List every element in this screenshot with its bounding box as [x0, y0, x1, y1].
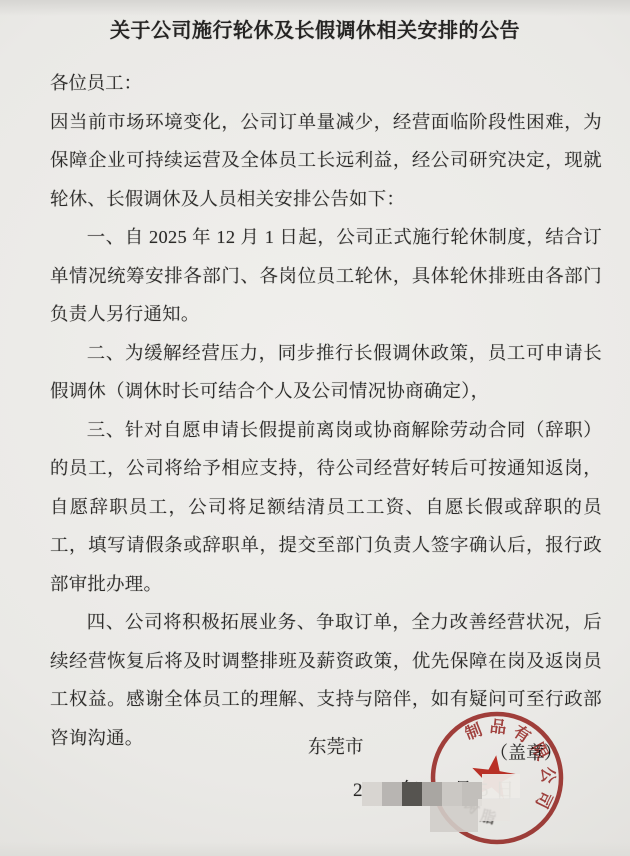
mosaic-square — [402, 782, 422, 806]
company-name-prefix: 东莞市 — [308, 738, 364, 758]
page-title: 关于公司施行轮休及长假调休相关安排的公告 — [30, 16, 600, 46]
announcement-photo: 关于公司施行轮休及长假调休相关安排的公告 各位员工： 因当前市场环境变化，公司订… — [0, 0, 630, 856]
document-body: 各位员工： 因当前市场环境变化，公司订单量减少，经营面临阶段性困难，为保障企业可… — [50, 64, 602, 757]
body-paragraphs: 因当前市场环境变化，公司订单量减少，经营面临阶段性困难，为保障企业可持续运营及全… — [50, 103, 602, 758]
paragraph: 一、自 2025 年 12 月 1 日起，公司正式施行轮休制度，结合订单情况统筹… — [50, 218, 602, 334]
mosaic-square — [362, 782, 382, 806]
mosaic-square — [422, 782, 442, 806]
mosaic-square — [482, 774, 520, 798]
mosaic-square — [442, 782, 462, 806]
salutation: 各位员工： — [50, 64, 602, 103]
mosaic-square — [478, 799, 510, 821]
mosaic-square — [382, 782, 402, 806]
company-name-line: 东莞市 — [308, 733, 364, 759]
paragraph: 二、为缓解经营压力，同步推行长假调休政策，员工可申请长假调休（调休时长可结合个人… — [50, 334, 602, 411]
paragraph: 因当前市场环境变化，公司订单量减少，经营面临阶段性困难，为保障企业可持续运营及全… — [50, 103, 602, 219]
mosaic-square — [430, 806, 478, 832]
paragraph: 三、针对自愿申请长假提前离岗或协商解除劳动合同（辞职）的员工，公司将给予相应支持… — [50, 411, 602, 604]
